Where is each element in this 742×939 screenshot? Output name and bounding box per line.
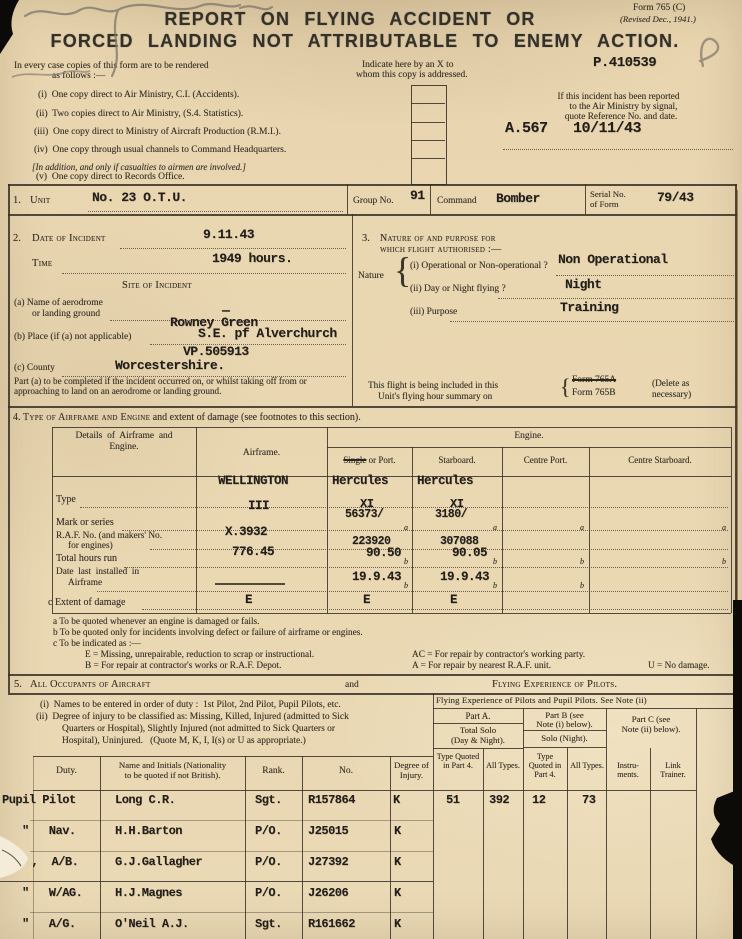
footnote-b-text: b To be quoted only for incidents involv… <box>53 628 363 638</box>
port-engine-number-line1: 56373/ <box>345 508 383 521</box>
rule <box>0 881 433 882</box>
crew-row-number: R157864 <box>308 793 355 807</box>
day-night-label: (ii) Day or Night flying ? <box>410 284 506 294</box>
command-value: Bomber <box>496 191 540 206</box>
section5-heading-and: and <box>345 680 359 690</box>
airframe-column-header: Airframe. <box>196 448 327 458</box>
crew-row-duty: " W/AG. <box>22 886 82 900</box>
torn-paper-notch <box>711 788 742 870</box>
reported-note-line1: If this incident has been reported <box>500 92 737 102</box>
airframe-mark-value: III <box>248 499 269 513</box>
name-column-header-line2: to be quoted if not British). <box>100 770 245 780</box>
rank-column-header: Rank. <box>245 766 302 776</box>
operational-label: (i) Operational or Non-operational ? <box>410 261 548 271</box>
engine-column-header: Engine. <box>327 431 731 441</box>
mark-row-label: Mark or series <box>56 517 114 528</box>
damage-code-e: E = Missing, unrepairable, reduction to … <box>85 650 314 660</box>
crew-row-partb-type-hours: 12 <box>532 793 545 807</box>
footnote-ref-b: b <box>493 581 497 590</box>
damage-code-ac: AC = For repair by contractor's working … <box>412 650 585 660</box>
section5-number: 5. <box>14 679 22 690</box>
section4-heading-caps: Type of Airframe and Engine <box>23 412 150 423</box>
injury-classification-note-line1: (ii) Degree of injury to be classified a… <box>36 712 349 722</box>
degree-of-injury-column-header-line2: Injury. <box>390 770 433 780</box>
dotted-rule <box>503 149 733 150</box>
date-installed-label-line1: Date last installed in <box>56 567 139 577</box>
dotted-rule <box>124 567 728 568</box>
date-of-incident-value: 9.11.43 <box>203 227 254 242</box>
serial-label-line2: of Form <box>590 199 619 209</box>
part-b-header-line2: Note (i) below). <box>523 719 606 729</box>
port-engine-hours-value: 90.50 <box>366 546 401 560</box>
part-a-all-types-column-header: All Types. <box>485 761 521 770</box>
rule <box>30 851 433 852</box>
footnote-ref-a: a <box>404 523 408 532</box>
part-b-all-types-column-header: All Types. <box>569 761 605 770</box>
rule <box>30 820 433 821</box>
delete-note-line1: (Delete as <box>652 379 689 389</box>
place-label: (b) Place (if (a) not applicable) <box>14 332 131 342</box>
nature-brace: { <box>394 252 411 288</box>
part-b-subheader: Solo (Night). <box>523 733 606 743</box>
serial-label-line1: Serial No. <box>590 189 626 199</box>
crew-row-duty: Pupil Pilot <box>2 793 76 807</box>
rule <box>433 723 523 724</box>
degree-of-injury-column-header-line1: Degree of <box>390 760 433 770</box>
number-column-header: No. <box>302 766 390 776</box>
purpose-value: Training <box>560 300 618 315</box>
crew-row-rank: P/O. <box>255 824 282 838</box>
dotted-rule <box>450 321 734 322</box>
rule <box>52 427 731 428</box>
centre-starboard-column-header: Centre Starboard. <box>589 455 731 465</box>
address-x-box <box>411 85 447 185</box>
dotted-rule <box>556 275 734 276</box>
rule <box>327 447 731 448</box>
crew-row-number: R161662 <box>308 917 355 931</box>
rule <box>735 184 737 693</box>
total-hours-row-label: Total hours run <box>56 553 117 564</box>
flight-summary-note-line2: Unit's flying hour summary on <box>378 392 492 402</box>
reported-note-line2: to the Air Ministry by signal, <box>510 102 737 112</box>
crew-row-rank: P/O. <box>255 855 282 869</box>
crew-row-injury: K <box>394 855 401 869</box>
part-a-subheader-line2: (Day & Night). <box>433 735 523 745</box>
part-c-header-line1: Part C (see <box>606 714 696 724</box>
copy-item-i: (i) One copy direct to Air Ministry, C.I… <box>38 90 239 100</box>
duty-column-header: Duty. <box>33 766 100 776</box>
rule <box>52 613 731 614</box>
purpose-label: (iii) Purpose <box>410 307 457 317</box>
part-a-note: Part (a) to be completed if the incident… <box>14 376 346 396</box>
single-word-struck: Single <box>343 455 366 465</box>
rule <box>8 406 737 408</box>
dotted-rule <box>142 609 728 610</box>
footnote-ref-b: b <box>722 557 726 566</box>
footnote-ref-a: a <box>580 523 584 532</box>
crew-row-name: H.J.Magnes <box>115 886 182 900</box>
reference-number-entry: A.567 <box>505 120 548 137</box>
dotted-rule <box>88 211 343 212</box>
copy-item-v: (v) One copy direct to Records Office. <box>36 172 185 182</box>
footnote-ref-b: b <box>493 557 497 566</box>
time-label: Time <box>32 258 52 269</box>
crew-row-injury: K <box>394 886 401 900</box>
rule <box>52 427 53 613</box>
port-engine-damage-value: E <box>363 593 370 607</box>
county-value: Worcestershire. <box>115 358 225 373</box>
port-engine-install-date: 19.9.43 <box>352 570 401 584</box>
starboard-engine-damage-value: E <box>450 593 457 607</box>
place-value-line2: S.E. pf Alverchurch <box>198 326 337 341</box>
group-value: 91 <box>410 188 425 203</box>
time-value: 1949 hours. <box>212 251 292 266</box>
rule <box>30 912 433 913</box>
section5-heading-right: Flying Experience of Pilots. <box>492 679 617 690</box>
county-label: (c) County <box>14 363 55 373</box>
part-a-type-quoted-column-header: Type Quoted in Part 4. <box>435 752 481 770</box>
extent-of-damage-row-label: c Extent of damage <box>48 597 125 608</box>
rule <box>650 748 651 939</box>
form-option-brace: { <box>560 376 571 398</box>
crew-row-partb-all-hours: 73 <box>582 793 595 807</box>
section4-number: 4. <box>13 412 21 423</box>
crew-row-rank: P/O. <box>255 886 282 900</box>
part-b-type-quoted-column-header: Type Quoted in Part 4. <box>525 752 565 779</box>
section1-number: 1. <box>13 195 21 206</box>
details-column-header-line2: Engine. <box>56 442 192 452</box>
crew-row-injury: K <box>394 917 401 931</box>
aerodrome-label-line2: or landing ground <box>32 309 100 319</box>
section2-number: 2. <box>13 233 21 244</box>
link-trainer-column-header: Link Trainer. <box>652 761 694 779</box>
command-label: Command <box>437 196 477 206</box>
rule <box>523 747 606 748</box>
address-x-box-divider <box>411 122 445 123</box>
crew-row-number: J27392 <box>308 855 348 869</box>
unit-value: No. 23 O.T.U. <box>92 190 187 205</box>
or-port-text: or Port. <box>366 455 395 465</box>
crew-row-name: H.H.Barton <box>115 824 182 838</box>
rule <box>33 756 433 757</box>
raf-number-label-line1: R.A.F. No. (and makers' No. <box>56 531 162 541</box>
scan-artifacts-overlay <box>0 0 742 939</box>
port-engine-type-value: Hercules <box>332 474 388 488</box>
rule <box>483 748 484 939</box>
form-765b-option: Form 765B <box>572 388 616 398</box>
footnote-ref-a: a <box>493 523 497 532</box>
type-row-label: Type <box>56 494 76 505</box>
copy-item-ii: (ii) Two copies direct to Air Ministry, … <box>36 109 243 119</box>
crew-row-parta-type-hours: 51 <box>446 793 459 807</box>
scanned-form-page: Form 765 (C) (Revised Dec., 1941.) REPOR… <box>0 0 742 939</box>
reference-date-entry: 10/11/43 <box>573 120 641 137</box>
site-of-incident-label: Site of Incident <box>122 280 192 291</box>
centre-port-column-header: Centre Port. <box>502 455 589 465</box>
footnote-a-text: a To be quoted whenever an engine is dam… <box>53 617 259 627</box>
crew-row-injury: K <box>393 793 400 807</box>
nature-label: Nature <box>358 271 384 281</box>
form-765a-option-struck: Form 765A <box>572 375 616 385</box>
aerodrome-label-line1: (a) Name of aerodrome <box>14 298 103 308</box>
address-x-box-divider <box>411 103 445 104</box>
indicate-note-line1: Indicate here by an X to <box>362 60 454 70</box>
airframe-hours-value: 776.45 <box>232 545 274 559</box>
crew-row-rank: Sgt. <box>255 793 282 807</box>
crew-row-number: J26206 <box>308 886 348 900</box>
footnote-ref-b: b <box>404 581 408 590</box>
flying-experience-title: Flying Experience of Pilots and Pupil Pi… <box>436 695 736 705</box>
crew-row-rank: Sgt. <box>255 917 282 931</box>
rule <box>352 214 353 406</box>
injury-classification-note-line3: Hospital), Uninjured. (Quote M, K, I, I(… <box>62 736 306 746</box>
delete-note-line2: necessary) <box>652 390 691 400</box>
crew-row-name: Long C.R. <box>115 793 175 807</box>
starboard-engine-type-value: Hercules <box>417 474 473 488</box>
rule <box>33 790 696 791</box>
page-title-line2: FORCED LANDING NOT ATTRIBUTABLE TO ENEMY… <box>15 31 715 52</box>
dotted-rule <box>80 507 728 508</box>
serial-value: 79/43 <box>657 190 694 205</box>
copy-item-iv: (iv) One copy through usual channels to … <box>34 145 286 155</box>
starboard-engine-hours-value: 90.05 <box>452 546 487 560</box>
rule <box>8 674 737 676</box>
reference-stamp: P.410539 <box>593 55 656 71</box>
copies-intro-line1: In every case copies of this form are to… <box>14 61 209 71</box>
date-of-incident-label: Date of Incident <box>32 233 106 244</box>
copy-item-addition-note: [In addition, and only if casualties to … <box>32 162 246 172</box>
flight-summary-note-line1: This flight is being included in this <box>368 381 498 391</box>
crew-row-number: J25015 <box>308 824 348 838</box>
unit-label: Unit <box>30 195 50 206</box>
rule <box>567 748 568 939</box>
crew-row-duty: " A/G. <box>22 917 76 931</box>
dash-entry-mark <box>215 583 285 585</box>
starboard-engine-install-date: 19.9.43 <box>440 570 489 584</box>
damage-code-b: B = For repair at contractor's works or … <box>85 661 281 671</box>
rule <box>523 730 606 731</box>
crew-row-injury: K <box>394 824 401 838</box>
rule <box>52 476 731 477</box>
rule <box>731 427 732 613</box>
part-a-header: Part A. <box>433 711 523 721</box>
name-column-header-line1: Name and Initials (Nationality <box>100 760 245 770</box>
copy-item-iii: (iii) One copy direct to Ministry of Air… <box>34 127 281 137</box>
rule <box>8 184 737 186</box>
crew-row-name: O'Neil A.J. <box>115 917 189 931</box>
nature-purpose-label-line1: Nature of and purpose for <box>380 233 496 244</box>
crew-row-parta-all-hours: 392 <box>489 793 509 807</box>
part-a-subheader-line1: Total Solo <box>433 725 523 735</box>
dotted-rule <box>97 591 728 592</box>
dotted-rule <box>122 530 728 531</box>
address-x-box-divider <box>411 158 445 159</box>
copies-intro-line2: as follows :— <box>52 71 105 81</box>
single-or-port-column-header: Single or Port. <box>327 455 412 465</box>
dotted-rule <box>62 273 346 274</box>
rule <box>430 184 431 214</box>
airframe-type-value: WELLINGTON <box>218 474 288 488</box>
part-c-header-line2: Note (ii) below). <box>606 724 696 734</box>
instruments-column-header: Instru- ments. <box>608 761 648 779</box>
airframe-raf-number-value: X.3932 <box>225 525 267 539</box>
rule <box>433 708 737 709</box>
rule <box>696 708 697 939</box>
footnote-c-text: c To be indicated as :— <box>53 639 141 649</box>
crew-row-name: G.J.Gallagher <box>115 855 202 869</box>
names-order-note: (i) Names to be entered in order of duty… <box>40 700 341 710</box>
date-installed-label-line2: Airframe <box>68 578 102 588</box>
rule <box>606 708 607 939</box>
footnote-ref-b: b <box>404 557 408 566</box>
indicate-note-line2: whom this copy is addressed. <box>356 70 468 80</box>
footnote-ref-b: b <box>580 581 584 590</box>
starboard-engine-number-line1: 3180/ <box>435 508 467 521</box>
rule <box>585 184 586 214</box>
airframe-damage-value: E <box>245 593 252 607</box>
crew-row-duty: " Nav. <box>22 824 76 838</box>
section5-heading-left: All Occupants of Aircraft <box>30 679 151 690</box>
address-x-box-divider <box>411 140 445 141</box>
raf-number-label-line2: for engines) <box>68 541 113 551</box>
dotted-rule <box>498 298 734 299</box>
footnote-ref-a: a <box>722 523 726 532</box>
injury-classification-note-line2: Quarters or Hospital), Slightly Injured … <box>62 724 335 734</box>
section4-heading: 4. Type of Airframe and Engine and exten… <box>13 412 725 423</box>
group-label: Group No. <box>353 196 394 206</box>
crew-row-duty: " , A/B. <box>18 855 78 869</box>
starboard-column-header: Starboard. <box>412 455 502 465</box>
damage-code-u: U = No damage. <box>648 661 710 671</box>
section4-heading-rest: and extent of damage (see footnotes to t… <box>150 412 361 423</box>
rule <box>8 184 10 693</box>
rule <box>8 214 737 216</box>
dotted-rule <box>120 248 346 249</box>
details-column-header-line1: Details of Airframe and <box>56 431 192 441</box>
form-revision: (Revised Dec., 1941.) <box>620 14 696 24</box>
page-title-line1: REPORT ON FLYING ACCIDENT OR <box>110 9 590 30</box>
damage-code-a: A = For repair by nearest R.A.F. unit. <box>412 661 551 671</box>
rule <box>433 748 523 749</box>
footnote-ref-b: b <box>580 557 584 566</box>
operational-value: Non Operational <box>558 252 668 267</box>
map-reference-value: VP.505913 <box>183 344 249 359</box>
day-night-value: Night <box>565 277 602 292</box>
form-number: Form 765 (C) <box>633 3 685 13</box>
section3-number: 3. <box>362 233 370 244</box>
rule <box>347 184 348 214</box>
